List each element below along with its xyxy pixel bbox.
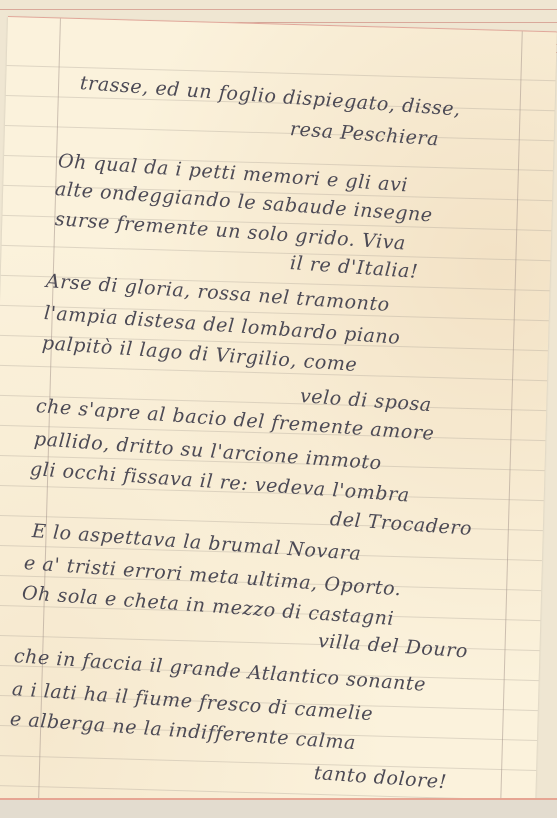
- ruled-line: [0, 755, 536, 771]
- bottom-sheet-edge: [0, 798, 557, 818]
- sheet-edge-line: [0, 9, 557, 10]
- ruled-line: [2, 245, 551, 261]
- ruled-line: [5, 125, 554, 141]
- right-margin-line: [500, 31, 523, 817]
